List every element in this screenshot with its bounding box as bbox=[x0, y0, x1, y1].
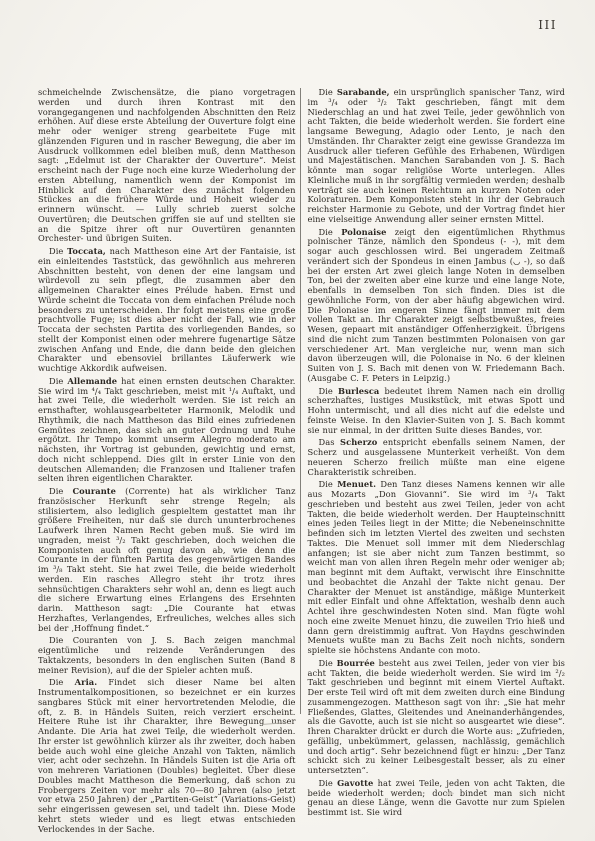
paragraph-text: Findet sich dieser Name bei alten Instru… bbox=[38, 677, 296, 833]
paragraph-allemande: Die Allemande hat einen ernsten deutsche… bbox=[38, 377, 296, 484]
paragraph-lead: Die bbox=[49, 486, 73, 496]
paragraph-lead: Die bbox=[49, 376, 67, 386]
term-menuet: Menuet. bbox=[337, 479, 376, 489]
page-number: III bbox=[538, 18, 557, 32]
column-divider-rule bbox=[300, 88, 301, 714]
paragraph-scherzo: Das Scherzo entspricht ebenfalls seinem … bbox=[308, 438, 566, 477]
paragraph-couranten-bach: Die Couranten von J. S. Bach zeigen manc… bbox=[38, 636, 296, 675]
term-aria: Aria. bbox=[75, 677, 97, 687]
term-bourree: Bourrée bbox=[337, 658, 375, 668]
column-right: Die Sarabande, ein ursprünglich spanisch… bbox=[308, 88, 566, 818]
paragraph-menuet: Die Menuet. Den Tanz dieses Namens kenne… bbox=[308, 480, 566, 656]
paragraph-lead: Die bbox=[319, 479, 338, 489]
paragraph-lead: Die bbox=[319, 87, 337, 97]
paragraph-lead: Die bbox=[49, 677, 75, 687]
paragraph-gavotte: Die Gavotte hat zwei Teile, jeden von ac… bbox=[308, 779, 566, 818]
text-block: schmeichelnde Zwischensätze, die piano v… bbox=[38, 88, 565, 834]
column-left: schmeichelnde Zwischensätze, die piano v… bbox=[38, 88, 296, 834]
paragraph-courante: Die Courante (Corrente) hat als wirklich… bbox=[38, 487, 296, 633]
term-polonaise: Polonaise bbox=[341, 227, 386, 237]
paragraph-ouverture-continuation: schmeichelnde Zwischensätze, die piano v… bbox=[38, 88, 296, 244]
paragraph-toccata: Die Toccata, nach Mattheson eine Art der… bbox=[38, 247, 296, 374]
paragraph-burlesca: Die Burlesca bedeutet ihrem Namen nach e… bbox=[308, 387, 566, 436]
term-scherzo: Scherzo bbox=[340, 437, 377, 447]
paragraph-text: schmeichelnde Zwischensätze, die piano v… bbox=[38, 87, 296, 243]
paragraph-aria: Die Aria. Findet sich dieser Name bei al… bbox=[38, 678, 296, 834]
paragraph-text: Die Couranten von J. S. Bach zeigen manc… bbox=[38, 635, 296, 674]
paragraph-text: ein ursprünglich spanischer Tanz, wird i… bbox=[308, 87, 566, 224]
term-sarabande: Sarabande, bbox=[337, 87, 390, 97]
paragraph-text: (Corrente) hat als wirklicher Tanz franz… bbox=[38, 486, 296, 633]
paragraph-lead: Die bbox=[49, 246, 67, 256]
scan-artifact bbox=[446, 792, 454, 795]
book-page: III schmeichelnde Zwischensätze, die pia… bbox=[0, 0, 595, 841]
paragraph-text: Den Tanz dieses Namens kennen wir alle a… bbox=[308, 479, 566, 655]
paragraph-bourree: Die Bourrée besteht aus zwei Teilen, jed… bbox=[308, 659, 566, 776]
paragraph-text: nach Mattheson eine Art der Fantaisie, i… bbox=[38, 246, 296, 373]
paragraph-lead: Die bbox=[319, 658, 337, 668]
paragraph-lead: Die bbox=[319, 778, 338, 788]
paragraph-sarabande: Die Sarabande, ein ursprünglich spanisch… bbox=[308, 88, 566, 225]
paragraph-text: zeigt den eigentümlichen Rhythmus polnis… bbox=[308, 227, 566, 383]
term-toccata: Toccata, bbox=[67, 246, 106, 256]
term-burlesca: Burlesca bbox=[338, 386, 379, 396]
paragraph-text: hat einen ernsten deutschen Charakter. S… bbox=[38, 376, 296, 484]
paragraph-lead: Die bbox=[319, 386, 339, 396]
term-gavotte: Gavotte bbox=[337, 778, 373, 788]
paragraph-lead: Das bbox=[319, 437, 341, 447]
paragraph-polonaise: Die Polonaise zeigt den eigentümlichen R… bbox=[308, 228, 566, 384]
term-allemande: Allemande bbox=[67, 376, 117, 386]
term-courante: Courante bbox=[73, 486, 116, 496]
paragraph-text: besteht aus zwei Teilen, jeder von vier … bbox=[308, 658, 566, 775]
paragraph-lead: Die bbox=[319, 227, 342, 237]
